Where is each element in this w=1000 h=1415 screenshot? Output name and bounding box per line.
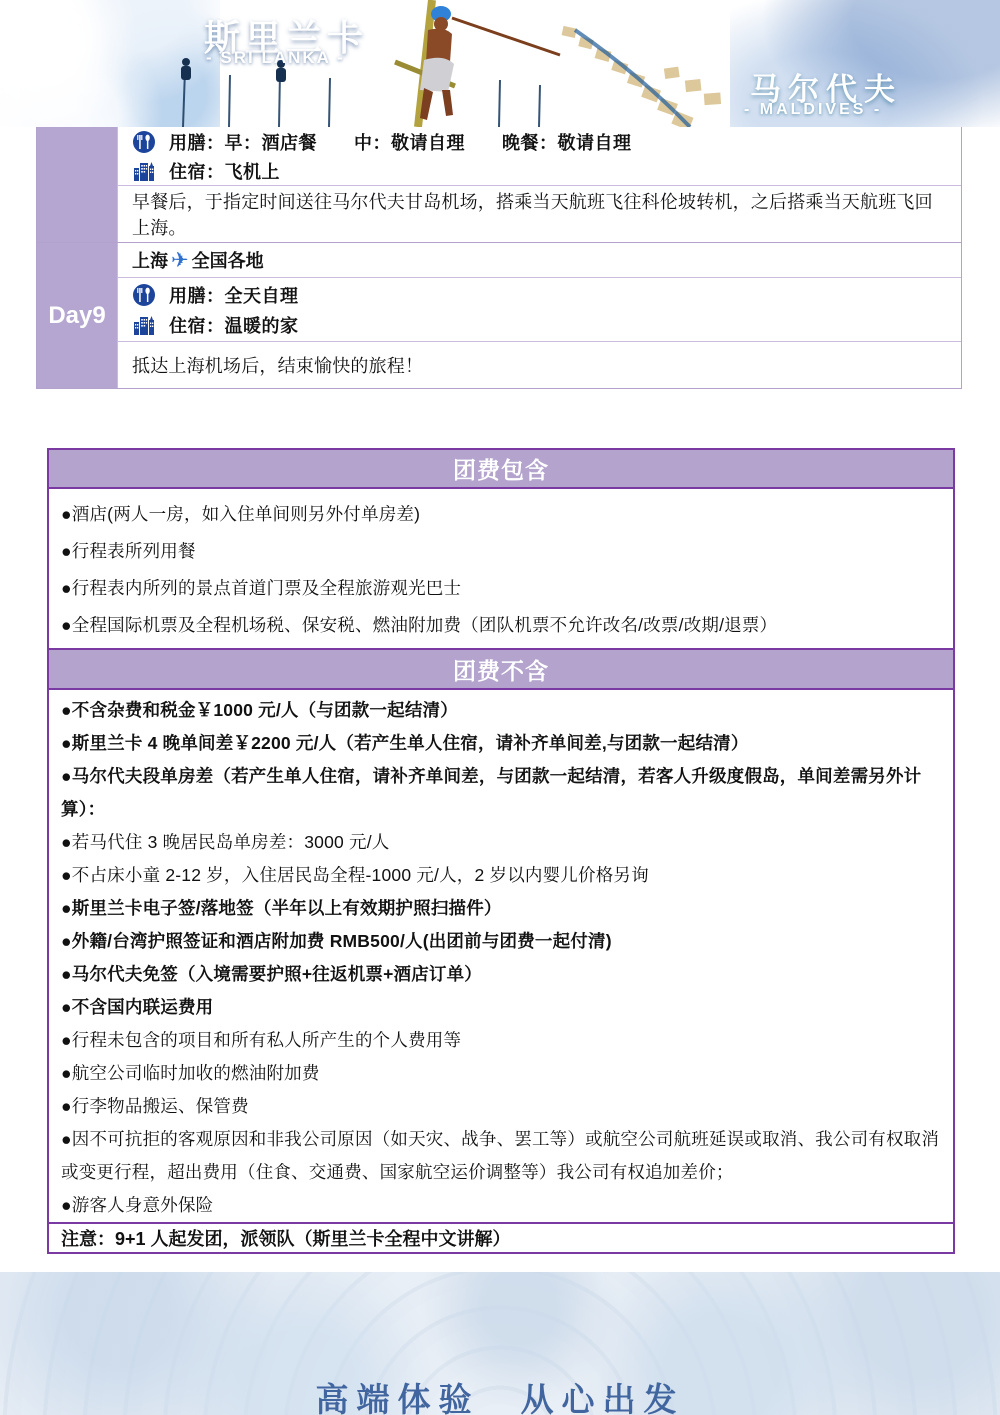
day9-route-row: 上海 ✈ 全国各地 bbox=[118, 243, 961, 278]
day9-cell: Day9 bbox=[37, 243, 118, 388]
day9-description-row: 抵达上海机场后，结束愉快的旅程！ bbox=[118, 342, 961, 388]
meals-icon bbox=[132, 283, 156, 307]
fee-included-item: ●酒店(两人一房，如入住单间则另外付单房差) bbox=[61, 496, 941, 533]
day8-lodging-text: 住宿：飞机上 bbox=[169, 158, 280, 184]
lodging-icon bbox=[132, 313, 156, 337]
fisherman-figure bbox=[395, 0, 560, 127]
fee-excluded-header: 团费不含 bbox=[49, 648, 953, 689]
day8-cell bbox=[37, 127, 118, 242]
fee-included-list: ●酒店(两人一房，如入住单间则另外付单房差) ●行程表所列用餐 ●行程表内所列的… bbox=[49, 489, 953, 648]
route-from: 上海 bbox=[132, 247, 168, 273]
fee-box: 团费包含 ●酒店(两人一房，如入住单间则另外付单房差) ●行程表所列用餐 ●行程… bbox=[47, 448, 955, 1254]
plane-icon: ✈ bbox=[171, 250, 189, 271]
route-to: 全国各地 bbox=[192, 247, 264, 273]
day8-description-row: 早餐后，于指定时间送往马尔代夫甘岛机场，搭乘当天航班飞往科伦坡转机，之后搭乘当天… bbox=[118, 186, 961, 242]
banner: 斯里兰卡 - SRI LANKA - 马尔代夫 - MALDIVES - bbox=[0, 0, 1000, 127]
meals-icon bbox=[132, 130, 156, 154]
fee-excluded-item: ●斯里兰卡 4 晚单间差￥2200 元/人（若产生单人住宿，请补齐单间差,与团款… bbox=[61, 727, 941, 760]
fee-included-header: 团费包含 bbox=[49, 450, 953, 489]
fee-note: 注意：9+1 人起发团，派领队（斯里兰卡全程中文讲解） bbox=[49, 1222, 953, 1252]
fee-excluded-item: ●不含国内联运费用 bbox=[61, 991, 941, 1024]
fee-excluded-item: ●不含杂费和税金￥1000 元/人（与团款一起结清） bbox=[61, 694, 941, 727]
footer: 高端体验 从心出发 bbox=[0, 1272, 1000, 1415]
fee-excluded-item: ●因不可抗拒的客观原因和非我公司原因（如天灾、战争、罢工等）或航空公司航班延误或… bbox=[61, 1123, 941, 1189]
day8-section: 用膳：早：酒店餐 中：敬请自理 晚餐：敬请自理 住宿：飞机上 早餐后，于指定时间… bbox=[37, 127, 961, 242]
fee-excluded-list: ●不含杂费和税金￥1000 元/人（与团款一起结清） ●斯里兰卡 4 晚单间差￥… bbox=[49, 690, 953, 1222]
day9-label: Day9 bbox=[48, 302, 105, 330]
day8-meals-lodging-row: 用膳：早：酒店餐 中：敬请自理 晚餐：敬请自理 住宿：飞机上 bbox=[118, 127, 961, 186]
fee-excluded-item: ●行李物品搬运、保管费 bbox=[61, 1090, 941, 1123]
fee-included-item: ●行程表内所列的景点首道门票及全程旅游观光巴士 bbox=[61, 570, 941, 607]
itinerary-page: 斯里兰卡 - SRI LANKA - 马尔代夫 - MALDIVES - 用膳：… bbox=[0, 0, 1000, 1415]
fee-excluded-item: ●外籍/台湾护照签证和酒店附加费 RMB500/人(出团前与团费一起付清) bbox=[61, 925, 941, 958]
fee-excluded-item: ●马尔代夫免签（入境需要护照+往返机票+酒店订单） bbox=[61, 958, 941, 991]
fee-excluded-item: ●航空公司临时加收的燃油附加费 bbox=[61, 1057, 941, 1090]
lodging-icon bbox=[132, 159, 156, 183]
fee-excluded-item: ●若马代住 3 晚居民岛单房差：3000 元/人 bbox=[61, 826, 941, 859]
fee-excluded-item: ●不占床小童 2-12 岁，入住居民岛全程-1000 元/人，2 岁以内婴儿价格… bbox=[61, 859, 941, 892]
fee-excluded-item: ●游客人身意外保险 bbox=[61, 1189, 941, 1222]
fee-excluded-item: ●马尔代夫段单房差（若产生单人住宿，请补齐单间差，与团款一起结清，若客人升级度假… bbox=[61, 760, 941, 826]
footer-slogan: 高端体验 从心出发 bbox=[0, 1374, 1000, 1415]
day9-description: 抵达上海机场后，结束愉快的旅程！ bbox=[132, 352, 947, 378]
fee-included-item: ●行程表所列用餐 bbox=[61, 533, 941, 570]
water-villas bbox=[561, 25, 722, 127]
day8-meals-text: 用膳：早：酒店餐 中：敬请自理 晚餐：敬请自理 bbox=[169, 129, 632, 155]
itinerary-table: 用膳：早：酒店餐 中：敬请自理 晚餐：敬请自理 住宿：飞机上 早餐后，于指定时间… bbox=[36, 127, 962, 389]
fee-excluded-item: ●行程未包含的项目和所有私人所产生的个人费用等 bbox=[61, 1024, 941, 1057]
fee-excluded-item: ●斯里兰卡电子签/落地签（半年以上有效期护照扫描件） bbox=[61, 892, 941, 925]
day9-meals-lodging-row: 用膳：全天自理 住宿：温暖的家 bbox=[118, 278, 961, 342]
banner-subtitle-maldives: - MALDIVES - bbox=[744, 101, 882, 119]
day9-meals-text: 用膳：全天自理 bbox=[169, 282, 299, 308]
day9-lodging-text: 住宿：温暖的家 bbox=[169, 312, 299, 338]
day9-section: Day9 上海 ✈ 全国各地 用膳：全天自理 bbox=[37, 242, 961, 388]
banner-subtitle-sri-lanka: - SRI LANKA - bbox=[206, 48, 345, 68]
fee-included-item: ●全程国际机票及全程机场税、保安税、燃油附加费（团队机票不允许改名/改票/改期/… bbox=[61, 607, 941, 644]
day8-description: 早餐后，于指定时间送往马尔代夫甘岛机场，搭乘当天航班飞往科伦坡转机，之后搭乘当天… bbox=[132, 188, 947, 240]
